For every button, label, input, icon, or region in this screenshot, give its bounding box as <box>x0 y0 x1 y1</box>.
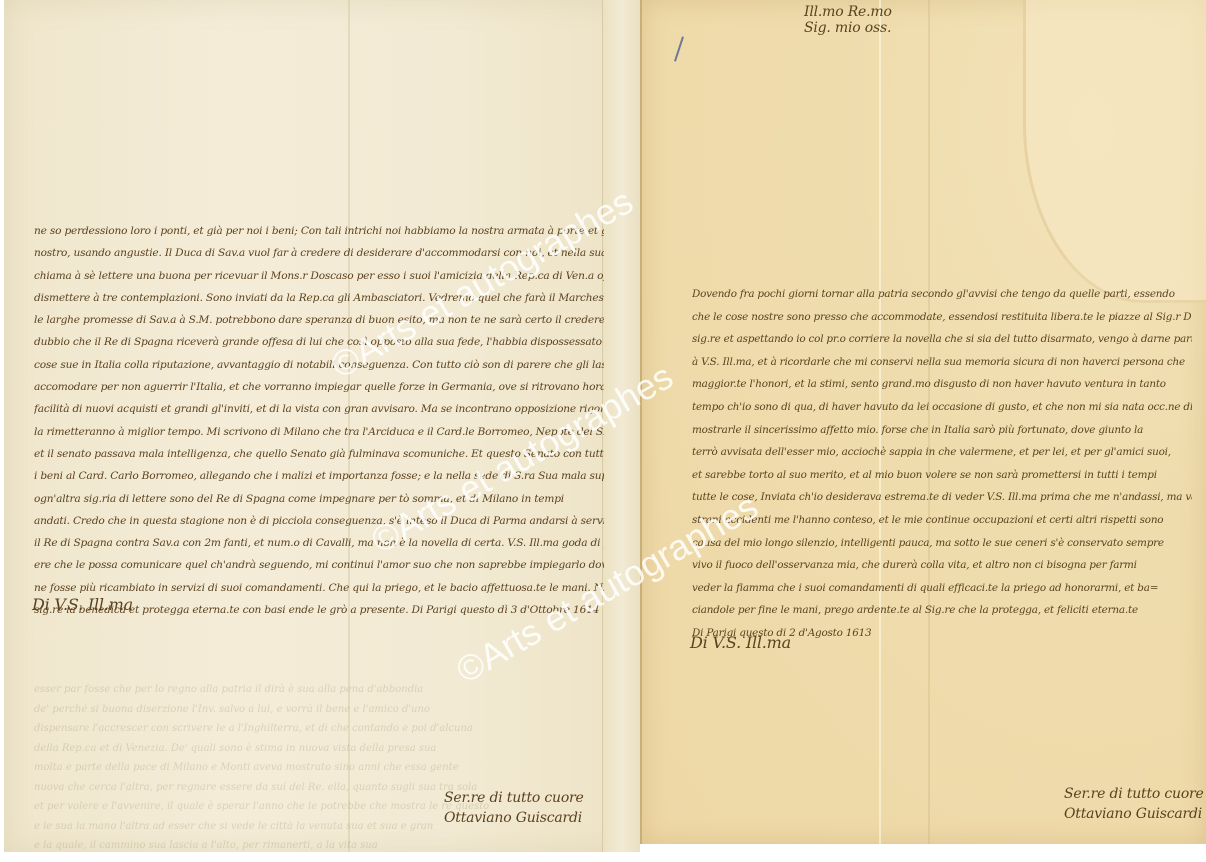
handwritten-line: il Re di Spagna contra Sav.a con 2m fant… <box>34 532 604 554</box>
pencil-mark <box>674 36 684 61</box>
handwritten-line: terrò avvisata dell'esser mio, acciochè … <box>692 441 1192 464</box>
signature-name: Ottaviano Guiscardi <box>444 808 584 828</box>
left-letter-closing: Di V.S. Ill.ma <box>32 596 133 613</box>
handwritten-line: strani accidenti me l'hanno conteso, et … <box>692 509 1192 532</box>
salutation-line: Sig. mio oss. <box>804 20 892 36</box>
handwritten-line: mostrarle il sincerissimo affetto mio. f… <box>692 419 1192 442</box>
salutation-line: Ill.mo Re.mo <box>804 4 892 20</box>
bleed-line: esser par fosse che per lo regno alla pa… <box>34 680 594 700</box>
left-letter-page: esser par fosse che per lo regno alla pa… <box>4 0 640 852</box>
handwritten-line: maggior.te l'honori, et la stimi, sento … <box>692 373 1192 396</box>
handwritten-line: dismettere à tre contemplazioni. Sono in… <box>34 287 604 309</box>
handwritten-line: cose sue in Italia colla riputazione, av… <box>34 354 604 376</box>
handwritten-line: ere che le possa comunicare quel ch'andr… <box>34 554 604 576</box>
signature-line: Ser.re di tutto cuore <box>1064 784 1204 804</box>
right-letter-page: Ill.mo Re.mo Sig. mio oss. Dovendo fra p… <box>640 0 1206 844</box>
handwritten-line: ne so perdessiono loro i ponti, et già p… <box>34 220 604 242</box>
bleed-line: molta e parte della pace di Milano e Mon… <box>34 758 594 778</box>
right-letter-signature: Ser.re di tutto cuore Ottaviano Guiscard… <box>1064 784 1204 824</box>
closing-line: Di V.S. Ill.ma <box>32 596 133 613</box>
left-letter-body: ne so perdessiono loro i ponti, et già p… <box>34 220 604 621</box>
handwritten-line: dubbio che il Re di Spagna riceverà gran… <box>34 331 604 353</box>
handwritten-line: ogn'altra sig.ria di lettere sono del Re… <box>34 488 604 510</box>
signature-line: Ser.re di tutto cuore <box>444 788 584 808</box>
handwritten-line: andati. Credo che in questa stagione non… <box>34 510 604 532</box>
handwritten-line: tutte le cose, Inviata ch'io desiderava … <box>692 486 1192 509</box>
closing-line: Di V.S. Ill.ma <box>690 634 791 651</box>
handwritten-line: vivo il fuoco dell'osservanza mia, che d… <box>692 554 1192 577</box>
handwritten-line: facilità di nuovi acquisti et grandi gl'… <box>34 398 604 420</box>
paper-overlap-strip <box>602 0 640 852</box>
handwritten-line: nostro, usando angustie. Il Duca di Sav.… <box>34 242 604 264</box>
signature-name: Ottaviano Guiscardi <box>1064 804 1204 824</box>
handwritten-line: tempo ch'io sono di qua, di haver havuto… <box>692 396 1192 419</box>
handwritten-line: le larghe promesse di Sav.a à S.M. potre… <box>34 309 604 331</box>
handwritten-line: et il senato passava mala intelligenza, … <box>34 443 604 465</box>
handwritten-line: et sarebbe torto al suo merito, et al mi… <box>692 464 1192 487</box>
handwritten-line: chiama à sè lettere una buona per ricevu… <box>34 265 604 287</box>
bleed-line: e la quale, il cammino sua lascia a l'al… <box>34 836 594 852</box>
handwritten-line: che le cose nostre sono presso che accom… <box>692 306 1192 329</box>
right-letter-body: Dovendo fra pochi giorni tornar alla pat… <box>692 283 1192 645</box>
water-stain <box>1023 0 1206 303</box>
bleed-line: de' perché si buona diserzione l'Inv. sa… <box>34 700 594 720</box>
right-letter-salutation: Ill.mo Re.mo Sig. mio oss. <box>804 4 892 36</box>
handwritten-line: Dovendo fra pochi giorni tornar alla pat… <box>692 283 1192 306</box>
handwritten-line: i beni al Card. Carlo Borromeo, allegand… <box>34 465 604 487</box>
handwritten-line: veder la fiamma che i suoi comandamenti … <box>692 577 1192 600</box>
right-letter-closing: Di V.S. Ill.ma <box>690 634 791 651</box>
bleed-line: dispensare l'accrescer con scrivere le a… <box>34 719 594 739</box>
handwritten-line: ciandole per fine le mani, prego ardente… <box>692 599 1192 622</box>
handwritten-line: causa del mio longo silenzio, intelligen… <box>692 532 1192 555</box>
handwritten-line: accomodare per non aguerrir l'Italia, et… <box>34 376 604 398</box>
handwritten-line: à V.S. Ill.ma, et à ricordarle che mi co… <box>692 351 1192 374</box>
handwritten-line: sig.re et aspettando io col pr.o corrier… <box>692 328 1192 351</box>
bleed-line: della Rep.ca et di Venezia. De' quali so… <box>34 739 594 759</box>
handwritten-line: la rimetteranno à miglior tempo. Mi scri… <box>34 421 604 443</box>
left-letter-signature: Ser.re di tutto cuore Ottaviano Guiscard… <box>444 788 584 828</box>
